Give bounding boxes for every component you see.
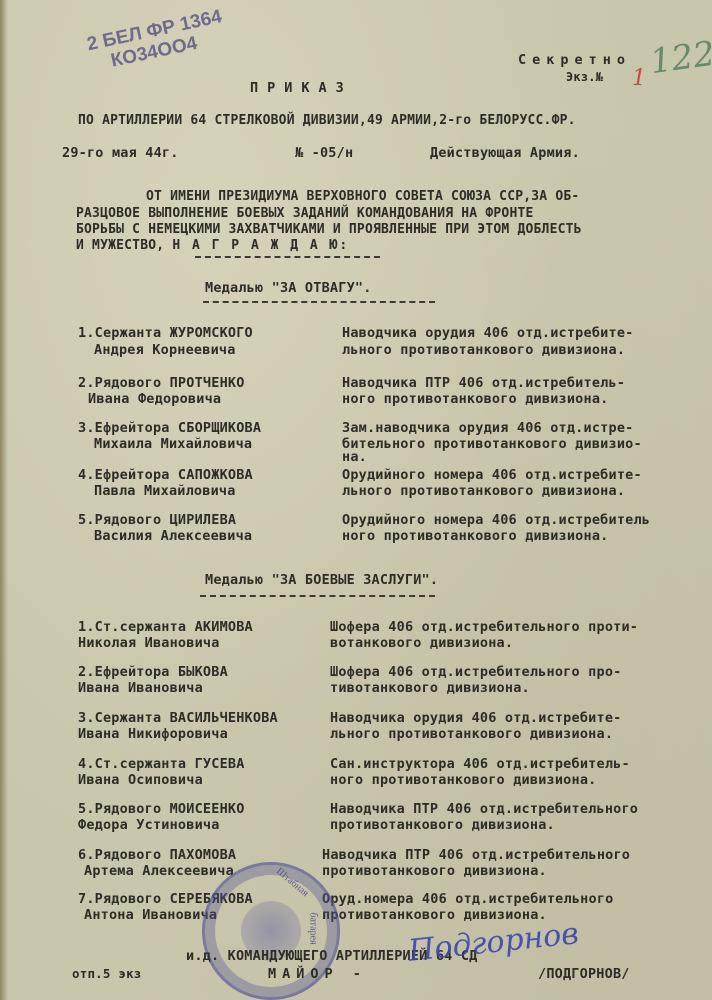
seal-text-top: Штабная [274,866,311,899]
handwritten-signature: Подгорнов [407,916,581,969]
recipient-given-names: Федора Устиновича [78,817,220,833]
recipient-given-names: Артема Алексеевича [84,863,234,879]
recipient-rank-surname: 5.Рядового ЦИРИЛЕВА [78,512,236,528]
recipient-given-names: Василия Алексеевича [94,528,252,544]
preamble-line-4: И МУЖЕСТВО, Н А Г Р А Ж Д А Ю: [76,238,349,253]
recipient-rank-surname: 1.Сержанта ЖУРОМСКОГО [78,325,253,341]
recipient-position-line-1: Оруд.номера 406 отд.истребительного [322,891,613,907]
paper-edge [0,0,8,1000]
section-1-underline [203,301,435,303]
section-2-heading: Медалью "ЗА БОЕВЫЕ ЗАСЛУГИ". [205,572,438,588]
recipient-position-line-1: Сан.инструктора 406 отд.истребитель- [330,756,630,772]
recipient-position-line-2: противотанкового дивизиона. [322,907,547,923]
preamble-line-3: БОРЬБЫ С НЕМЕЦКИМИ ЗАХВАТЧИКАМИ И ПРОЯВЛ… [76,222,582,237]
document-subtitle: ПО АРТИЛЛЕРИИ 64 СТРЕЛКОВОЙ ДИВИЗИИ,49 А… [78,113,576,128]
recipient-position-line-2: противотанкового дивизиона. [322,863,547,879]
recipient-given-names: Антона Ивановича [84,907,217,923]
recipient-position-line-2: ного противотанкового дивизиона. [342,528,609,544]
seal-text-side: батарея [308,912,319,944]
order-location: Действующая Армия. [430,145,580,161]
recipient-rank-surname: 5.Рядового МОИСЕЕНКО [78,801,245,817]
handwritten-number: 122 [648,34,712,83]
recipient-position-line-1: Наводчика ПТР 406 отд.истребительного [322,847,630,863]
copy-number-label: Экз.№ [566,70,603,84]
recipient-position-line-1: Наводчика орудия 406 отд.истребите- [342,325,633,341]
recipient-given-names: Ивана Ивановича [78,680,203,696]
recipient-given-names: Ивана Осиповича [78,772,203,788]
recipient-rank-surname: 2.Рядового ПРОТЧЕНКО [78,375,245,391]
recipient-position-line-1: Зам.наводчика орудия 406 отд.истре- [342,420,633,436]
recipient-position-line-1: Шофера 406 отд.истребительного проти- [330,619,638,635]
copies-note: отп.5 экз [72,966,142,981]
recipient-rank-surname: 2.Ефрейтора БЫКОВА [78,664,228,680]
award-verb-underline [195,256,380,258]
award-verb: Н А Г Р А Ж Д А Ю: [172,238,349,253]
recipient-position-line-1: Наводчика ПТР 406 отд.истребительного [330,801,638,817]
document-title: ПРИКАЗ [250,80,353,96]
recipient-position-line-1: Шофера 406 отд.истребительного про- [330,664,621,680]
recipient-position-line-2: льного противотанкового дивизиона. [342,483,625,499]
signer-name: /ПОДГОРНОВ/ [538,966,630,982]
preamble-line-1: ОТ ИМЕНИ ПРЕЗИДИУМА ВЕРХОВНОГО СОВЕТА СО… [146,189,579,204]
recipient-given-names: Павла Михайловича [94,483,236,499]
recipient-rank-surname: 1.Ст.сержанта АКИМОВА [78,619,253,635]
recipient-given-names: Ивана Федоровича [88,391,221,407]
recipient-given-names: Андрея Корнеевича [94,342,236,358]
copy-number-mark: 1 [632,66,646,91]
recipient-position-line-1: Наводчика орудия 406 отд.истребите- [330,710,621,726]
recipient-rank-surname: 6.Рядового ПАХОМОВА [78,847,236,863]
order-number: № -05/н [295,145,353,161]
archive-stamp: 2 БЕЛ ФР 1364 КО34ОО4 [85,6,228,76]
recipient-rank-surname: 3.Ефрейтора СБОРЩИКОВА [78,420,261,436]
recipient-position-line-1: Наводчика ПТР 406 отд.истребитель- [342,375,625,391]
recipient-position-line-2: вотанкового дивизиона. [330,635,513,651]
recipient-position-line-2: противотанкового дивизиона. [330,817,555,833]
order-date: 29-го мая 44г. [62,145,179,161]
recipient-position-line-2: льного противотанкового дивизиона. [342,342,625,358]
section-2-underline [200,595,435,597]
recipient-rank-surname: 4.Ефрейтора САПОЖКОВА [78,467,253,483]
recipient-given-names: Николая Ивановича [78,635,220,651]
recipient-position-line-1: Орудийного номера 406 отд.истребитель [342,512,650,528]
recipient-position-line-1: Орудийного номера 406 отд.истребите- [342,467,642,483]
recipient-position-line-2: ного противотанкового дивизиона. [342,391,609,407]
section-1-heading: Медалью "ЗА ОТВАГУ". [205,280,372,296]
recipient-position-line-2: тивотанкового дивизиона. [330,680,530,696]
preamble-courage: И МУЖЕСТВО, [76,238,164,253]
recipient-position-line-2: льного противотанкового дивизиона. [330,726,613,742]
recipient-position-line-2: ного противотанкового дивизиона. [330,772,597,788]
recipient-rank-surname: 3.Сержанта ВАСИЛЬЧЕНКОВА [78,710,278,726]
recipient-position-line-3: на. [342,449,367,465]
preamble-line-2: РАЗЦОВОЕ ВЫПОЛНЕНИЕ БОЕВЫХ ЗАДАНИЙ КОМАН… [76,206,534,221]
recipient-given-names: Михаила Михайловича [94,436,252,452]
classification-label: Секретно [518,52,631,68]
recipient-rank-surname: 4.Ст.сержанта ГУСЕВА [78,756,245,772]
recipient-given-names: Ивана Никифоровича [78,726,228,742]
document-page: 2 БЕЛ ФР 1364 КО34ОО4 Секретно Экз.№ 1 1… [0,0,712,1000]
recipient-position-line-2: бительного противотанкового дивизио- [342,436,642,452]
signer-rank: МАЙОР - [268,966,367,982]
